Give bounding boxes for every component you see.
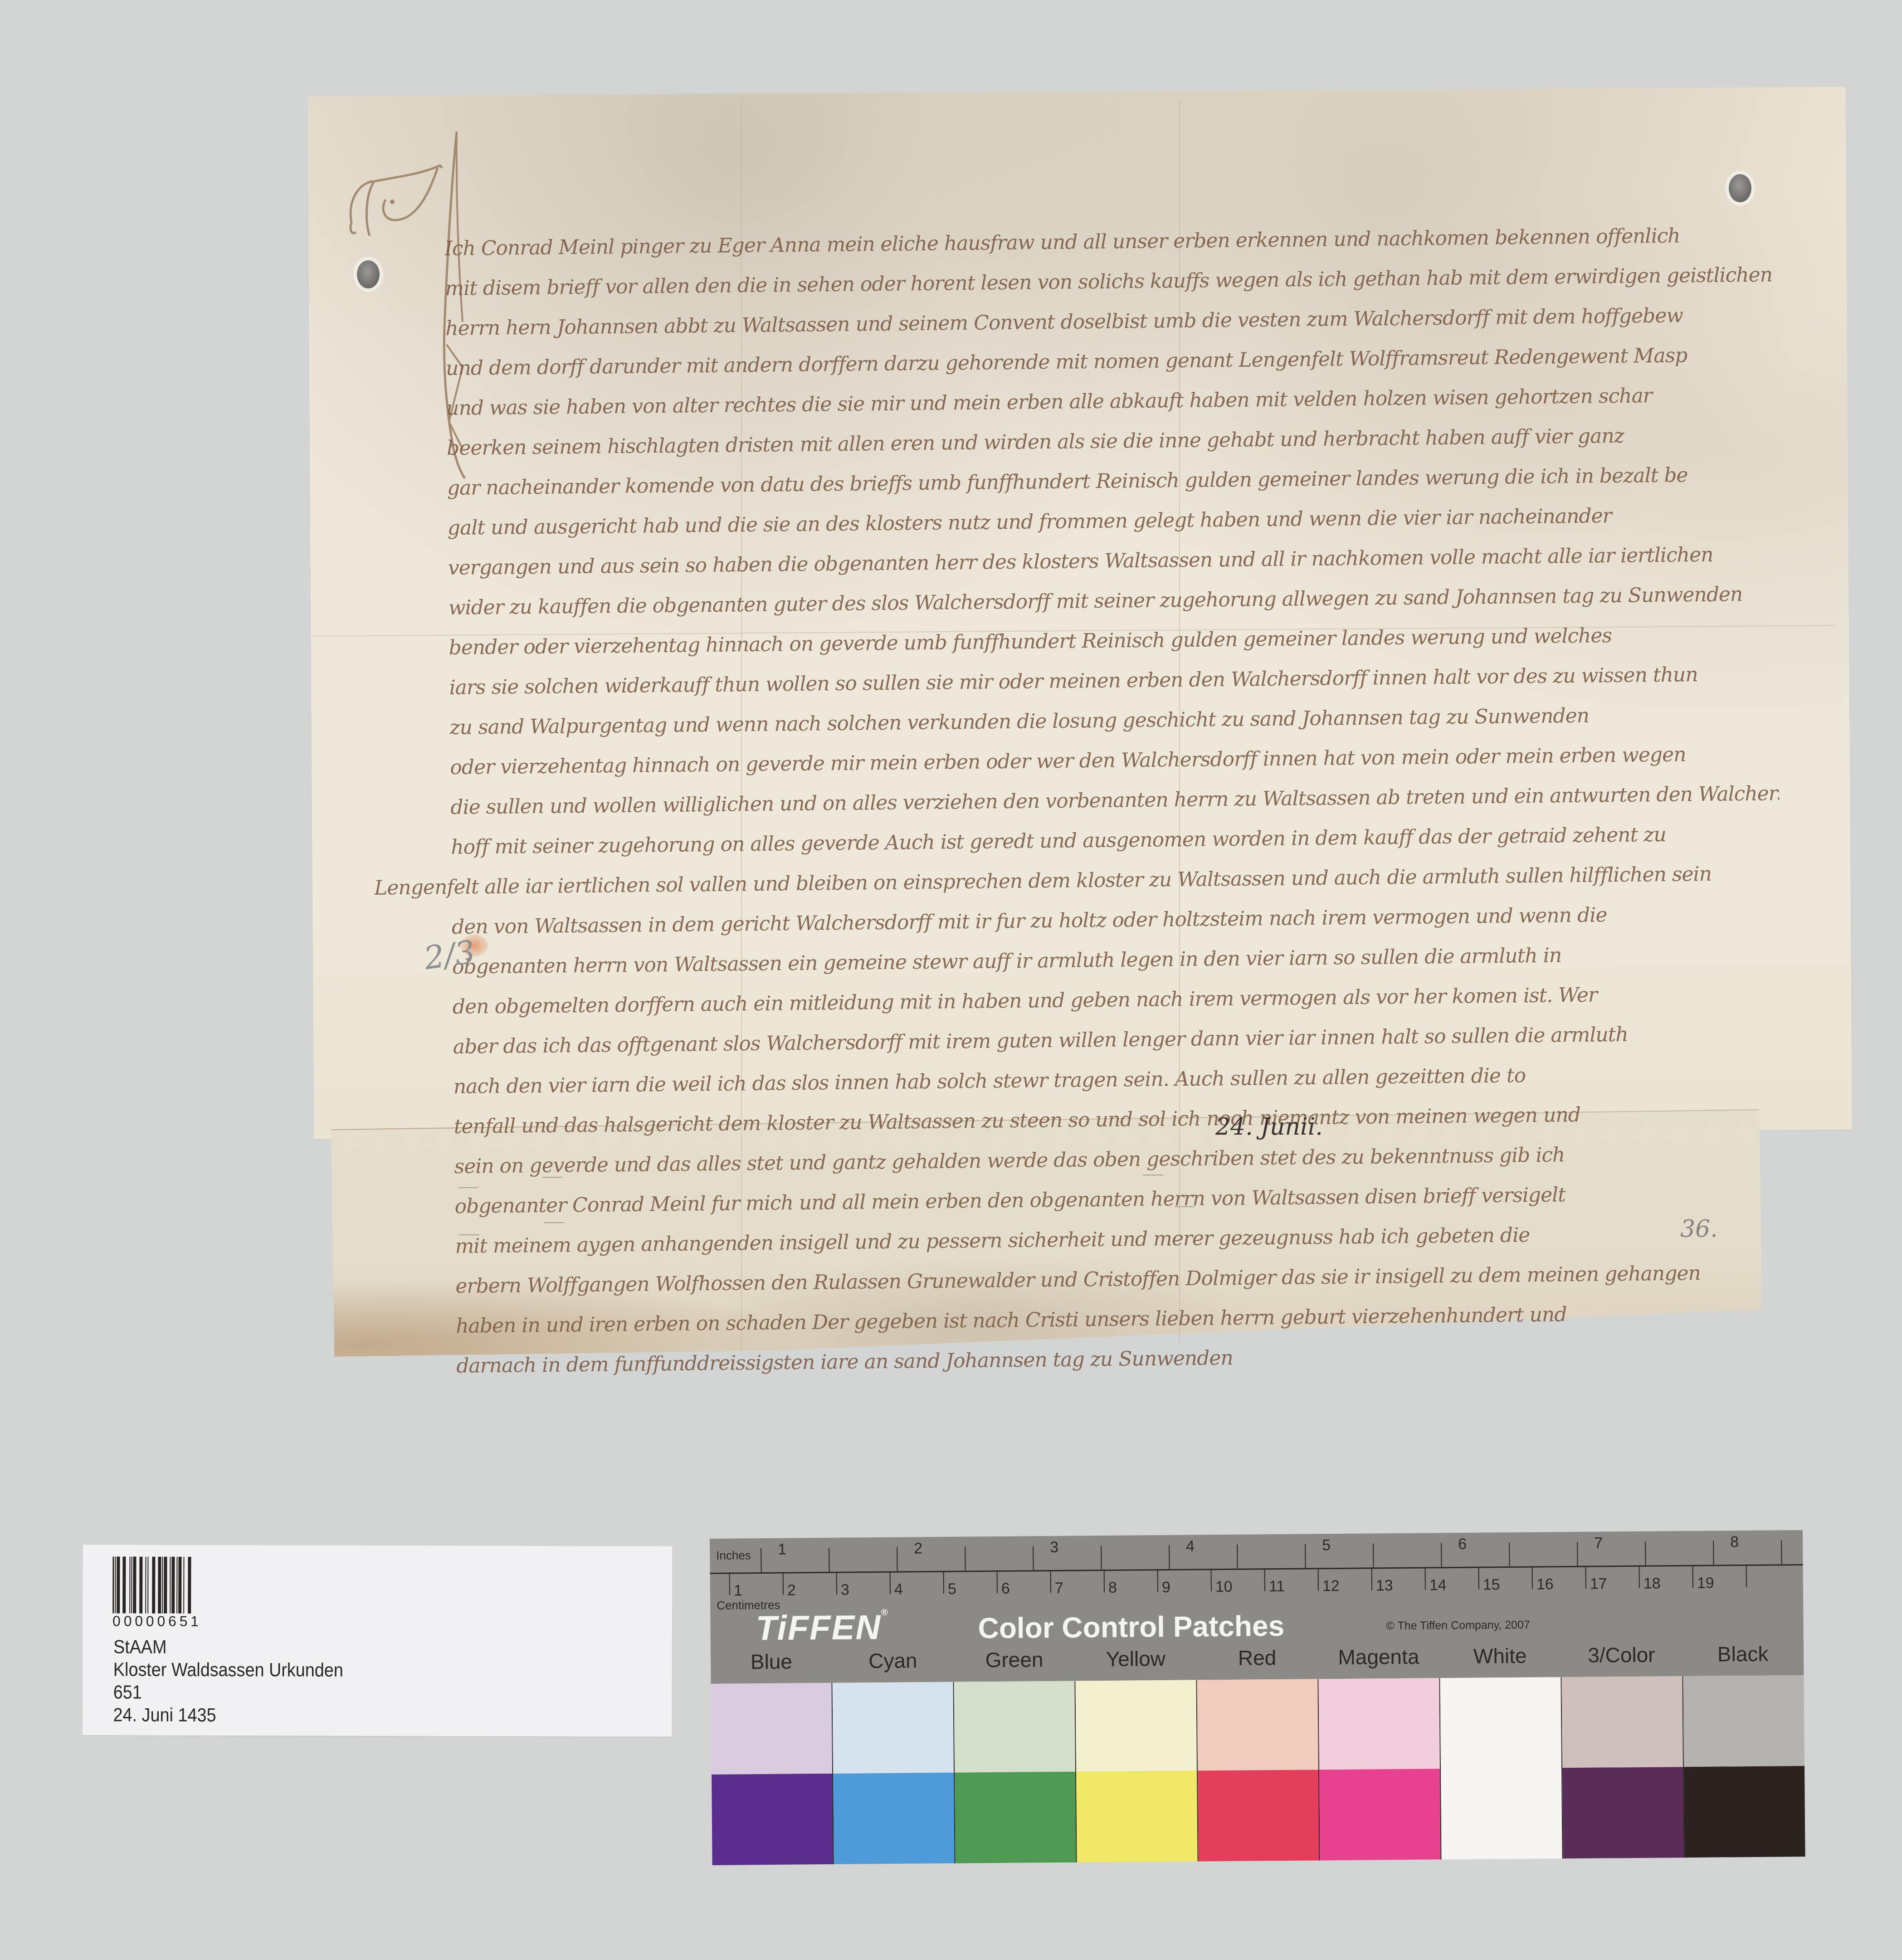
cm-mark: 13 — [1376, 1577, 1393, 1594]
ruler-tick — [761, 1548, 761, 1572]
inch-mark: 1 — [778, 1541, 786, 1559]
patch-3color-dark — [1562, 1767, 1685, 1858]
patch-cyan-light — [833, 1682, 955, 1774]
ruler-tick — [1441, 1543, 1442, 1567]
ruler-tick — [1264, 1568, 1265, 1591]
barcode-digit: 5 — [180, 1613, 188, 1630]
barcode-digit: 0 — [146, 1613, 154, 1630]
ruler-tick — [729, 1573, 730, 1595]
cm-mark: 16 — [1536, 1575, 1554, 1593]
light-patches-row — [711, 1675, 1804, 1775]
ruler-header: Inches Centimetres 1 2 3 4 5 6 7 8 1 2 3… — [710, 1530, 1804, 1684]
cm-mark: 3 — [841, 1581, 849, 1599]
brand-name: TiFFEN — [756, 1608, 881, 1648]
patch-red-dark — [1198, 1770, 1320, 1861]
dark-patches-row — [712, 1766, 1805, 1865]
patch-label-green: Green — [953, 1647, 1075, 1672]
patch-yellow-light — [1075, 1680, 1198, 1772]
registered-mark: ® — [881, 1608, 889, 1618]
inches-label: Inches — [716, 1548, 751, 1563]
barcode-digit: 6 — [168, 1613, 176, 1630]
cm-mark: 5 — [948, 1580, 956, 1598]
mounting-magnet — [1729, 174, 1751, 202]
cm-mark: 7 — [1055, 1580, 1063, 1597]
ruler-tick — [783, 1572, 784, 1595]
inch-mark: 8 — [1730, 1533, 1739, 1551]
ruler-tick — [1104, 1570, 1105, 1592]
patch-yellow-dark — [1076, 1771, 1199, 1862]
date-annotation: 24. Junii. — [1215, 1113, 1323, 1141]
patch-white-light — [1440, 1677, 1562, 1769]
barcode-digit: 0 — [112, 1613, 121, 1629]
tiffen-logo: TiFFEN® — [756, 1608, 889, 1648]
barcode-digit: 1 — [190, 1613, 199, 1630]
patch-white-dark — [1441, 1768, 1563, 1859]
ruler-tick — [890, 1571, 891, 1594]
patch-label-white: White — [1439, 1643, 1561, 1668]
patch-blue-light — [711, 1683, 834, 1775]
charter-number: 651 — [113, 1681, 343, 1704]
patch-label-3color: 3/Color — [1561, 1642, 1682, 1667]
ruler-tick — [1781, 1540, 1782, 1564]
patch-label-black: Black — [1682, 1641, 1804, 1667]
barcode-digit: 0 — [157, 1613, 165, 1630]
ruler-tick — [1305, 1544, 1306, 1568]
cm-mark: 10 — [1215, 1578, 1233, 1596]
cm-mark: 1 — [734, 1582, 742, 1599]
label-text: StAAM Kloster Waldsassen Urkunden 651 24… — [113, 1635, 344, 1726]
ruler-tick — [829, 1548, 829, 1572]
ruler-tick — [1478, 1567, 1479, 1589]
ruler-tick — [1371, 1568, 1372, 1590]
inch-mark: 3 — [1050, 1539, 1058, 1556]
cm-mark: 9 — [1162, 1579, 1170, 1596]
patch-cyan-dark — [833, 1773, 956, 1864]
ruler-tick — [1211, 1569, 1212, 1591]
archive-name: StAAM — [113, 1635, 343, 1658]
ruler-tick — [1639, 1565, 1640, 1588]
barcode — [112, 1556, 200, 1614]
cm-mark: 18 — [1644, 1575, 1661, 1593]
barcode-digit: 0 — [135, 1613, 143, 1630]
cm-mark: 14 — [1429, 1576, 1447, 1594]
ruler-tick — [1577, 1542, 1578, 1566]
ruler-tick — [943, 1571, 944, 1594]
archive-label: 0 0 0 0 0 6 5 1 StAAM Kloster Waldsassen… — [82, 1545, 672, 1736]
patch-black-light — [1683, 1675, 1804, 1767]
copyright-notice: © The Tiffen Company, 2007 — [1386, 1619, 1530, 1633]
charter-line: darnach in dem funffunddreissigsten iare… — [456, 1338, 1250, 1386]
patch-magenta-dark — [1319, 1769, 1442, 1860]
ruler-tick — [1318, 1568, 1319, 1590]
patch-label-yellow: Yellow — [1075, 1646, 1196, 1672]
ruler-tick — [897, 1547, 897, 1571]
ruler-tick — [965, 1547, 966, 1571]
ruler-tick — [1425, 1567, 1426, 1590]
cm-mark: 8 — [1108, 1579, 1117, 1597]
charter-date: 24. Juni 1435 — [113, 1703, 343, 1726]
patch-green-dark — [955, 1772, 1077, 1863]
patch-label-magenta: Magenta — [1318, 1644, 1439, 1669]
patch-3color-light — [1561, 1676, 1684, 1768]
inch-mark: 7 — [1594, 1535, 1603, 1552]
cm-mark: 2 — [787, 1582, 796, 1599]
inch-mark: 4 — [1186, 1538, 1195, 1555]
patch-green-light — [954, 1681, 1076, 1773]
ruler-tick — [836, 1572, 837, 1594]
color-control-card: Inches Centimetres 1 2 3 4 5 6 7 8 1 2 3… — [710, 1530, 1805, 1874]
patch-label-cyan: Cyan — [832, 1648, 954, 1673]
folio-number: 36. — [1680, 1215, 1718, 1243]
patch-red-light — [1197, 1679, 1319, 1770]
ruler-tick — [1532, 1566, 1533, 1589]
ruler-tick — [1237, 1545, 1238, 1569]
charter-text: Ich Conrad Meinl pinger zu Eger Anna mei… — [444, 215, 1785, 1386]
marginal-pencil-note: 2/3 — [422, 933, 478, 977]
ruler-tick — [1746, 1565, 1747, 1587]
ruler-tick — [1169, 1545, 1170, 1569]
inch-mark: 2 — [914, 1540, 922, 1557]
barcode-digits: 0 0 0 0 0 6 5 1 — [112, 1613, 199, 1629]
ruler-tick — [997, 1570, 998, 1593]
ruler-tick — [1101, 1546, 1102, 1570]
cm-mark: 6 — [1001, 1580, 1010, 1598]
inch-mark: 5 — [1322, 1536, 1331, 1554]
ruler-tick — [1713, 1541, 1714, 1565]
ruler-tick — [1033, 1546, 1034, 1570]
barcode-digit: 0 — [124, 1613, 132, 1630]
cm-mark: 15 — [1483, 1576, 1500, 1594]
cm-mark: 19 — [1697, 1575, 1714, 1592]
ruler-tick — [1645, 1541, 1646, 1565]
ruler-tick — [1509, 1542, 1510, 1566]
cm-mark: 12 — [1322, 1577, 1340, 1595]
cm-mark: 17 — [1590, 1575, 1607, 1593]
ruler-tick — [1050, 1570, 1051, 1593]
ruler-tick — [1157, 1569, 1158, 1592]
patch-label-red: Red — [1196, 1645, 1318, 1670]
ruler-tick — [1585, 1566, 1586, 1589]
ruler-tick — [1373, 1544, 1374, 1568]
collection-name: Kloster Waldsassen Urkunden — [113, 1658, 343, 1681]
inch-mark: 6 — [1458, 1536, 1467, 1553]
cm-mark: 11 — [1269, 1578, 1285, 1595]
patch-blue-dark — [712, 1774, 834, 1865]
patch-magenta-light — [1318, 1678, 1441, 1770]
ruler-tick — [1692, 1565, 1693, 1588]
cm-mark: 4 — [894, 1581, 903, 1599]
card-title: Color Control Patches — [978, 1609, 1284, 1645]
patch-black-dark — [1684, 1766, 1805, 1858]
patch-label-blue: Blue — [711, 1649, 832, 1674]
